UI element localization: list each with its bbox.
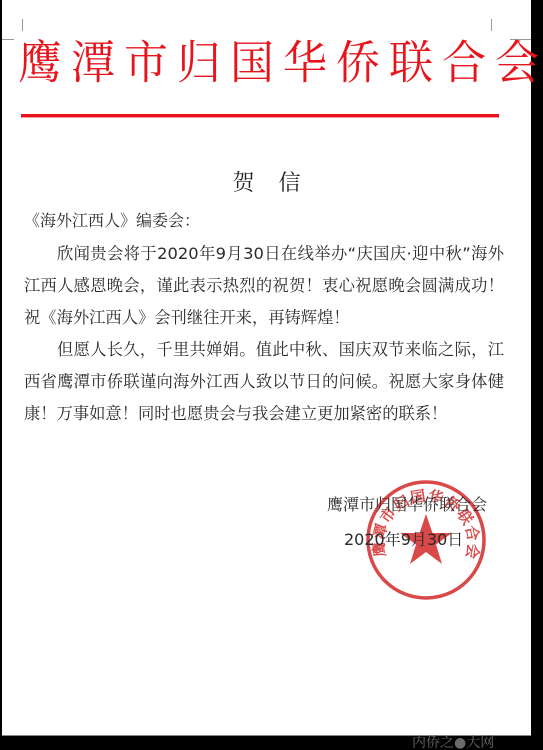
- source-watermark: 内侨之●大网: [412, 732, 494, 750]
- paragraph: 但愿人长久，千里共婵娟。值此中秋、国庆双节来临之际，江西省鹰潭市侨联谨向海外江西…: [24, 334, 504, 430]
- title-char: 贺: [232, 166, 254, 197]
- letterhead-rule: [21, 114, 499, 118]
- salutation: 《海外江西人》编委会：: [24, 208, 200, 231]
- letter-title: 贺信: [2, 166, 531, 197]
- signature-date: 2020年9月30日: [344, 527, 463, 550]
- paragraph: 欣闻贵会将于2020年9月30日在线举办“庆国庆·迎中秋”海外江西人感恩晚会，谨…: [24, 238, 504, 334]
- title-char: 信: [279, 166, 301, 197]
- crop-mark: [491, 19, 492, 31]
- crop-mark: [22, 19, 23, 31]
- document-page: 鹰潭市归国华侨联合会 贺信 《海外江西人》编委会： 欣闻贵会将于2020年9月3…: [2, 0, 531, 735]
- signature-org: 鹰潭市归国华侨联合会: [327, 492, 487, 515]
- letterhead-org-name: 鹰潭市归国华侨联合会: [18, 33, 518, 96]
- crop-mark: [2, 39, 14, 40]
